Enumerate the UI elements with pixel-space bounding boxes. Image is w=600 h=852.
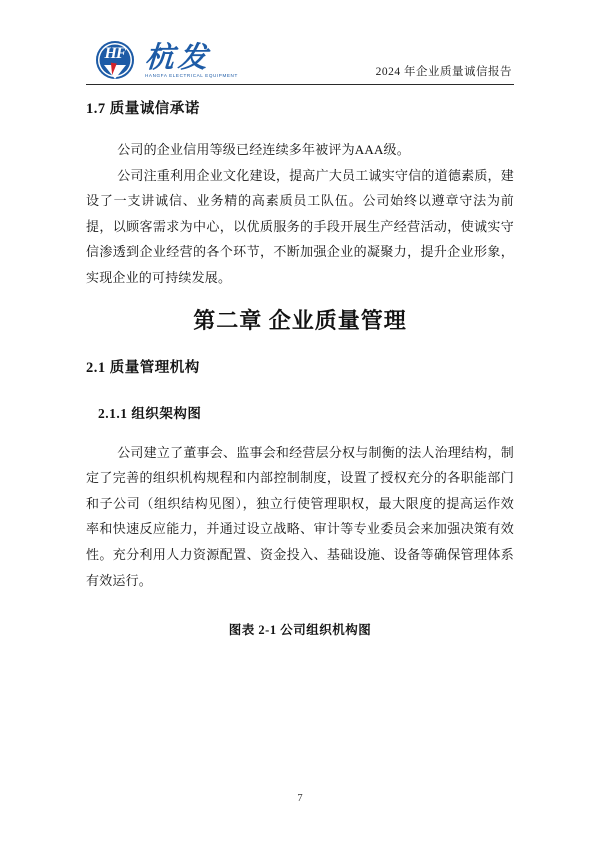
logo-text-column: 杭发 HANGFA ELECTRICAL EQUIPMENT [145,41,238,79]
figure-caption: 图表 2-1 公司组织机构图 [86,620,514,638]
page-header: HF 杭发 HANGFA ELECTRICAL EQUIPMENT 2024 年… [86,38,514,85]
paragraph-governance: 公司建立了董事会、监事会和经营层分权与制衡的法人治理结构，制定了完善的组织机构规… [86,440,514,594]
paragraph-culture: 公司注重利用企业文化建设，提高广大员工诚实守信的道德素质，建设了一支讲诚信、业务… [86,163,514,291]
paragraph-credit-rating: 公司的企业信用等级已经连续多年被评为AAA级。 [86,137,514,163]
hf-logo-letters: HF [96,45,134,63]
page-footer: 7 [0,793,600,804]
document-page: HF 杭发 HANGFA ELECTRICAL EQUIPMENT 2024 年… [0,0,600,852]
hf-logo-icon: HF [96,41,134,79]
section-2-1-1-heading: 2.1.1 组织架构图 [98,402,514,422]
section-2-1-heading: 2.1 质量管理机构 [86,356,514,377]
chapter-2-heading: 第二章 企业质量管理 [86,304,514,337]
document-content: 1.7 质量诚信承诺 公司的企业信用等级已经连续多年被评为AAA级。 公司注重利… [86,85,514,638]
report-title: 2024 年企业质量诚信报告 [376,63,512,79]
page-number: 7 [297,793,302,804]
logo-brand-name: 杭发 [144,43,239,73]
section-1-7-heading: 1.7 质量诚信承诺 [86,97,514,118]
company-logo: HF 杭发 HANGFA ELECTRICAL EQUIPMENT [96,41,238,79]
